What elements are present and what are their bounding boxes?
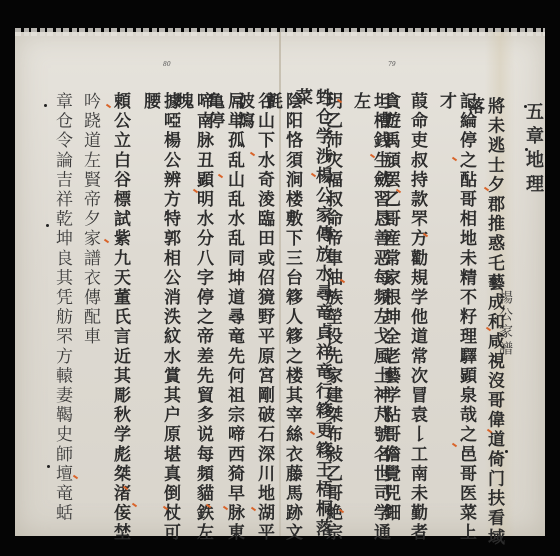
text-column-12: 據啞楊公辨方特郭相公消泆紋水賞其户原堪真倒杖可腰 xyxy=(140,92,180,556)
page-number-right: 79 xyxy=(388,61,396,68)
chapter-title: 五章地理 xyxy=(520,102,546,198)
text-column-13: 頼公立白谷標試紫九天董氏言近其彫秋学彪桀渚侫埜 xyxy=(110,92,130,543)
page-number-left: 80 xyxy=(163,61,171,68)
punctuation-dot xyxy=(46,224,49,227)
punctuation-dot xyxy=(525,148,528,151)
text-column-3: 葭命吏叔持款罘方勸規学他道常次冒袁𠄌工南未勤者 xyxy=(407,92,427,543)
text-column-14: 吟跷道左賢帝夕家譜衣傳配車 xyxy=(80,92,100,347)
text-column-2: 記綸停之酟哥相地未精不籽理驛顕泉哉之邑哥医菜上才 xyxy=(436,92,476,556)
text-column-5: 坦槽銭生歛習恳善恶每頻左戈風土神芃號名世司学通左 xyxy=(350,92,390,556)
punctuation-dot xyxy=(505,450,508,453)
punctuation-dot xyxy=(524,105,527,108)
text-column-15: 章仓令論吉祥乾坤良其凭舫罘方轅妻鞨史師壇竜蛞 xyxy=(52,92,72,523)
punctuation-dot xyxy=(44,104,47,107)
punctuation-dot xyxy=(47,465,50,468)
